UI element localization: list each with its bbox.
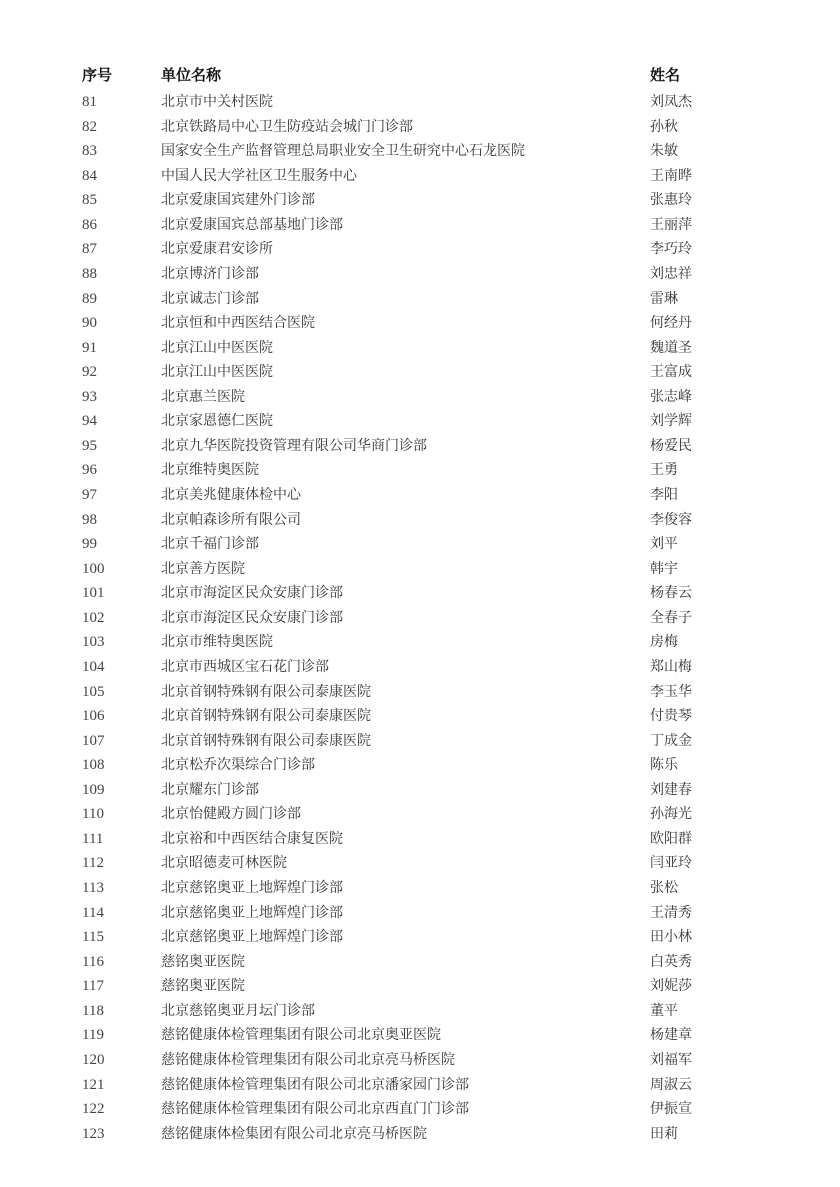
cell-seq: 102 <box>82 609 105 627</box>
table-row: 83国家安全生产监督管理总局职业安全卫生研究中心石龙医院朱敏 <box>0 139 840 164</box>
table-row: 87北京爱康君安诊所李巧玲 <box>0 237 840 262</box>
cell-unit: 北京慈铭奥亚上地辉煌门诊部 <box>161 904 343 922</box>
cell-seq: 123 <box>82 1125 105 1143</box>
table-row: 91北京江山中医医院魏道圣 <box>0 336 840 361</box>
header-seq: 序号 <box>82 64 112 85</box>
cell-name: 李阳 <box>650 486 678 504</box>
cell-seq: 101 <box>82 584 105 602</box>
table-row: 101北京市海淀区民众安康门诊部杨春云 <box>0 581 840 606</box>
table-row: 96北京维特奥医院王勇 <box>0 458 840 483</box>
cell-unit: 北京维特奥医院 <box>161 461 259 479</box>
cell-seq: 103 <box>82 633 105 651</box>
cell-seq: 105 <box>82 683 105 701</box>
cell-name: 房梅 <box>650 633 678 651</box>
table-row: 118北京慈铭奥亚月坛门诊部董平 <box>0 999 840 1024</box>
cell-unit: 北京慈铭奥亚上地辉煌门诊部 <box>161 879 343 897</box>
cell-seq: 88 <box>82 265 97 283</box>
table-row: 85北京爱康国宾建外门诊部张惠玲 <box>0 188 840 213</box>
table-row: 119慈铭健康体检管理集团有限公司北京奥亚医院杨建章 <box>0 1023 840 1048</box>
header-unit: 单位名称 <box>161 64 221 85</box>
cell-unit: 北京市海淀区民众安康门诊部 <box>161 584 343 602</box>
table-row: 114北京慈铭奥亚上地辉煌门诊部王清秀 <box>0 901 840 926</box>
cell-unit: 北京铁路局中心卫生防疫站会城门门诊部 <box>161 118 413 136</box>
table-row: 90北京恒和中西医结合医院何经丹 <box>0 311 840 336</box>
cell-seq: 97 <box>82 486 97 504</box>
cell-name: 付贵琴 <box>650 707 692 725</box>
cell-unit: 北京千福门诊部 <box>161 535 259 553</box>
cell-name: 朱敏 <box>650 142 678 160</box>
cell-unit: 慈铭健康体检管理集团有限公司北京亮马桥医院 <box>161 1051 455 1069</box>
cell-seq: 118 <box>82 1002 104 1020</box>
cell-seq: 109 <box>82 781 105 799</box>
cell-unit: 北京首钢特殊钢有限公司泰康医院 <box>161 732 371 750</box>
cell-seq: 110 <box>82 805 104 823</box>
cell-seq: 120 <box>82 1051 105 1069</box>
table-row: 86北京爱康国宾总部基地门诊部王丽萍 <box>0 213 840 238</box>
table-row: 116慈铭奥亚医院白英秀 <box>0 950 840 975</box>
table-row: 100北京善方医院韩宇 <box>0 557 840 582</box>
cell-name: 田莉 <box>650 1125 678 1143</box>
cell-name: 周淑云 <box>650 1076 692 1094</box>
table-body: 81北京市中关村医院刘凤杰82北京铁路局中心卫生防疫站会城门门诊部孙秋83国家安… <box>0 90 840 1146</box>
cell-unit: 北京市海淀区民众安康门诊部 <box>161 609 343 627</box>
cell-name: 刘忠祥 <box>650 265 692 283</box>
cell-seq: 119 <box>82 1026 104 1044</box>
cell-seq: 112 <box>82 854 104 872</box>
cell-unit: 北京爱康国宾总部基地门诊部 <box>161 216 343 234</box>
cell-unit: 北京恒和中西医结合医院 <box>161 314 315 332</box>
cell-seq: 99 <box>82 535 97 553</box>
cell-seq: 96 <box>82 461 97 479</box>
cell-seq: 84 <box>82 167 97 185</box>
cell-name: 陈乐 <box>650 756 678 774</box>
cell-seq: 108 <box>82 756 105 774</box>
cell-name: 孙海光 <box>650 805 692 823</box>
cell-seq: 94 <box>82 412 97 430</box>
table-row: 95北京九华医院投资管理有限公司华商门诊部杨爱民 <box>0 434 840 459</box>
cell-name: 丁成金 <box>650 732 692 750</box>
table-row: 84中国人民大学社区卫生服务中心王南晔 <box>0 164 840 189</box>
cell-seq: 90 <box>82 314 97 332</box>
table-row: 103北京市维特奥医院房梅 <box>0 630 840 655</box>
cell-seq: 83 <box>82 142 97 160</box>
cell-name: 刘凤杰 <box>650 93 692 111</box>
table-row: 102北京市海淀区民众安康门诊部全春子 <box>0 606 840 631</box>
cell-name: 杨建章 <box>650 1026 692 1044</box>
cell-unit: 慈铭健康体检管理集团有限公司北京奥亚医院 <box>161 1026 441 1044</box>
cell-unit: 北京惠兰医院 <box>161 388 245 406</box>
table-row: 115北京慈铭奥亚上地辉煌门诊部田小林 <box>0 925 840 950</box>
table-row: 121慈铭健康体检管理集团有限公司北京潘家园门诊部周淑云 <box>0 1073 840 1098</box>
cell-unit: 北京市中关村医院 <box>161 93 273 111</box>
cell-name: 魏道圣 <box>650 339 692 357</box>
cell-seq: 98 <box>82 511 97 529</box>
cell-seq: 91 <box>82 339 97 357</box>
cell-seq: 106 <box>82 707 105 725</box>
cell-unit: 北京怡健殿方圆门诊部 <box>161 805 301 823</box>
cell-name: 刘建春 <box>650 781 692 799</box>
table-row: 108北京松乔次渠综合门诊部陈乐 <box>0 753 840 778</box>
cell-seq: 93 <box>82 388 97 406</box>
cell-name: 伊振宣 <box>650 1100 692 1118</box>
cell-seq: 114 <box>82 904 104 922</box>
table-row: 89北京诚志门诊部雷琳 <box>0 287 840 312</box>
table-row: 110北京怡健殿方圆门诊部孙海光 <box>0 802 840 827</box>
cell-name: 韩宇 <box>650 560 678 578</box>
cell-name: 刘学辉 <box>650 412 692 430</box>
cell-unit: 北京善方医院 <box>161 560 245 578</box>
table-row: 111北京裕和中西医结合康复医院欧阳群 <box>0 827 840 852</box>
table-row: 123慈铭健康体检集团有限公司北京亮马桥医院田莉 <box>0 1122 840 1147</box>
cell-name: 郑山梅 <box>650 658 692 676</box>
table-row: 94北京家恩德仁医院刘学辉 <box>0 409 840 434</box>
cell-name: 王富成 <box>650 363 692 381</box>
cell-seq: 81 <box>82 93 97 111</box>
cell-unit: 北京九华医院投资管理有限公司华商门诊部 <box>161 437 427 455</box>
table-row: 109北京耀东门诊部刘建春 <box>0 778 840 803</box>
cell-name: 李俊容 <box>650 511 692 529</box>
cell-name: 王清秀 <box>650 904 692 922</box>
cell-unit: 慈铭健康体检管理集团有限公司北京潘家园门诊部 <box>161 1076 469 1094</box>
cell-name: 王勇 <box>650 461 678 479</box>
cell-unit: 国家安全生产监督管理总局职业安全卫生研究中心石龙医院 <box>161 142 525 160</box>
cell-name: 李巧玲 <box>650 240 692 258</box>
cell-unit: 中国人民大学社区卫生服务中心 <box>161 167 357 185</box>
cell-unit: 北京美兆健康体检中心 <box>161 486 301 504</box>
cell-seq: 115 <box>82 928 104 946</box>
cell-unit: 北京昭德麦可林医院 <box>161 854 287 872</box>
cell-seq: 104 <box>82 658 105 676</box>
cell-name: 田小林 <box>650 928 692 946</box>
cell-name: 张惠玲 <box>650 191 692 209</box>
cell-name: 刘福军 <box>650 1051 692 1069</box>
cell-name: 雷琳 <box>650 290 678 308</box>
cell-name: 刘妮莎 <box>650 977 692 995</box>
cell-seq: 122 <box>82 1100 105 1118</box>
table-row: 99北京千福门诊部刘平 <box>0 532 840 557</box>
table-header: 序号 单位名称 姓名 <box>0 62 840 86</box>
cell-seq: 86 <box>82 216 97 234</box>
cell-name: 闫亚玲 <box>650 854 692 872</box>
table-row: 117慈铭奥亚医院刘妮莎 <box>0 974 840 999</box>
cell-seq: 92 <box>82 363 97 381</box>
cell-unit: 北京慈铭奥亚月坛门诊部 <box>161 1002 315 1020</box>
table-row: 113北京慈铭奥亚上地辉煌门诊部张松 <box>0 876 840 901</box>
cell-unit: 慈铭健康体检集团有限公司北京亮马桥医院 <box>161 1125 427 1143</box>
cell-seq: 87 <box>82 240 97 258</box>
cell-unit: 北京江山中医医院 <box>161 363 273 381</box>
cell-unit: 慈铭奥亚医院 <box>161 953 245 971</box>
table-row: 105北京首钢特殊钢有限公司泰康医院李玉华 <box>0 680 840 705</box>
table-row: 88北京博济门诊部刘忠祥 <box>0 262 840 287</box>
cell-seq: 95 <box>82 437 97 455</box>
cell-name: 欧阳群 <box>650 830 692 848</box>
table-row: 93北京惠兰医院张志峰 <box>0 385 840 410</box>
cell-seq: 111 <box>82 830 103 848</box>
cell-name: 张松 <box>650 879 678 897</box>
cell-seq: 100 <box>82 560 105 578</box>
cell-unit: 北京江山中医医院 <box>161 339 273 357</box>
header-name: 姓名 <box>650 64 680 85</box>
table-row: 120慈铭健康体检管理集团有限公司北京亮马桥医院刘福军 <box>0 1048 840 1073</box>
cell-unit: 北京裕和中西医结合康复医院 <box>161 830 343 848</box>
cell-unit: 北京市西城区宝石花门诊部 <box>161 658 329 676</box>
cell-unit: 北京首钢特殊钢有限公司泰康医院 <box>161 707 371 725</box>
document-page: 序号 单位名称 姓名 81北京市中关村医院刘凤杰82北京铁路局中心卫生防疫站会城… <box>0 0 840 1187</box>
table-row: 106北京首钢特殊钢有限公司泰康医院付贵琴 <box>0 704 840 729</box>
table-row: 104北京市西城区宝石花门诊部郑山梅 <box>0 655 840 680</box>
table-row: 122慈铭健康体检管理集团有限公司北京西直门门诊部伊振宣 <box>0 1097 840 1122</box>
cell-unit: 北京爱康国宾建外门诊部 <box>161 191 315 209</box>
cell-name: 刘平 <box>650 535 678 553</box>
cell-name: 孙秋 <box>650 118 678 136</box>
cell-seq: 89 <box>82 290 97 308</box>
cell-unit: 慈铭健康体检管理集团有限公司北京西直门门诊部 <box>161 1100 469 1118</box>
cell-name: 杨爱民 <box>650 437 692 455</box>
cell-seq: 121 <box>82 1076 105 1094</box>
cell-unit: 北京首钢特殊钢有限公司泰康医院 <box>161 683 371 701</box>
cell-unit: 北京松乔次渠综合门诊部 <box>161 756 315 774</box>
table-row: 107北京首钢特殊钢有限公司泰康医院丁成金 <box>0 729 840 754</box>
cell-seq: 116 <box>82 953 104 971</box>
cell-name: 白英秀 <box>650 953 692 971</box>
cell-name: 王丽萍 <box>650 216 692 234</box>
table-row: 97北京美兆健康体检中心李阳 <box>0 483 840 508</box>
cell-unit: 北京博济门诊部 <box>161 265 259 283</box>
cell-unit: 北京家恩德仁医院 <box>161 412 273 430</box>
table-row: 81北京市中关村医院刘凤杰 <box>0 90 840 115</box>
cell-seq: 117 <box>82 977 104 995</box>
table-row: 92北京江山中医医院王富成 <box>0 360 840 385</box>
cell-seq: 113 <box>82 879 104 897</box>
cell-name: 全春子 <box>650 609 692 627</box>
cell-unit: 北京耀东门诊部 <box>161 781 259 799</box>
cell-name: 王南晔 <box>650 167 692 185</box>
cell-name: 董平 <box>650 1002 678 1020</box>
cell-name: 张志峰 <box>650 388 692 406</box>
cell-unit: 慈铭奥亚医院 <box>161 977 245 995</box>
table-row: 112北京昭德麦可林医院闫亚玲 <box>0 851 840 876</box>
cell-seq: 85 <box>82 191 97 209</box>
cell-name: 李玉华 <box>650 683 692 701</box>
cell-unit: 北京帕森诊所有限公司 <box>161 511 301 529</box>
table-row: 98北京帕森诊所有限公司李俊容 <box>0 508 840 533</box>
table-row: 82北京铁路局中心卫生防疫站会城门门诊部孙秋 <box>0 115 840 140</box>
cell-name: 杨春云 <box>650 584 692 602</box>
cell-seq: 82 <box>82 118 97 136</box>
cell-unit: 北京爱康君安诊所 <box>161 240 273 258</box>
cell-name: 何经丹 <box>650 314 692 332</box>
cell-unit: 北京诚志门诊部 <box>161 290 259 308</box>
cell-unit: 北京市维特奥医院 <box>161 633 273 651</box>
cell-seq: 107 <box>82 732 105 750</box>
cell-unit: 北京慈铭奥亚上地辉煌门诊部 <box>161 928 343 946</box>
